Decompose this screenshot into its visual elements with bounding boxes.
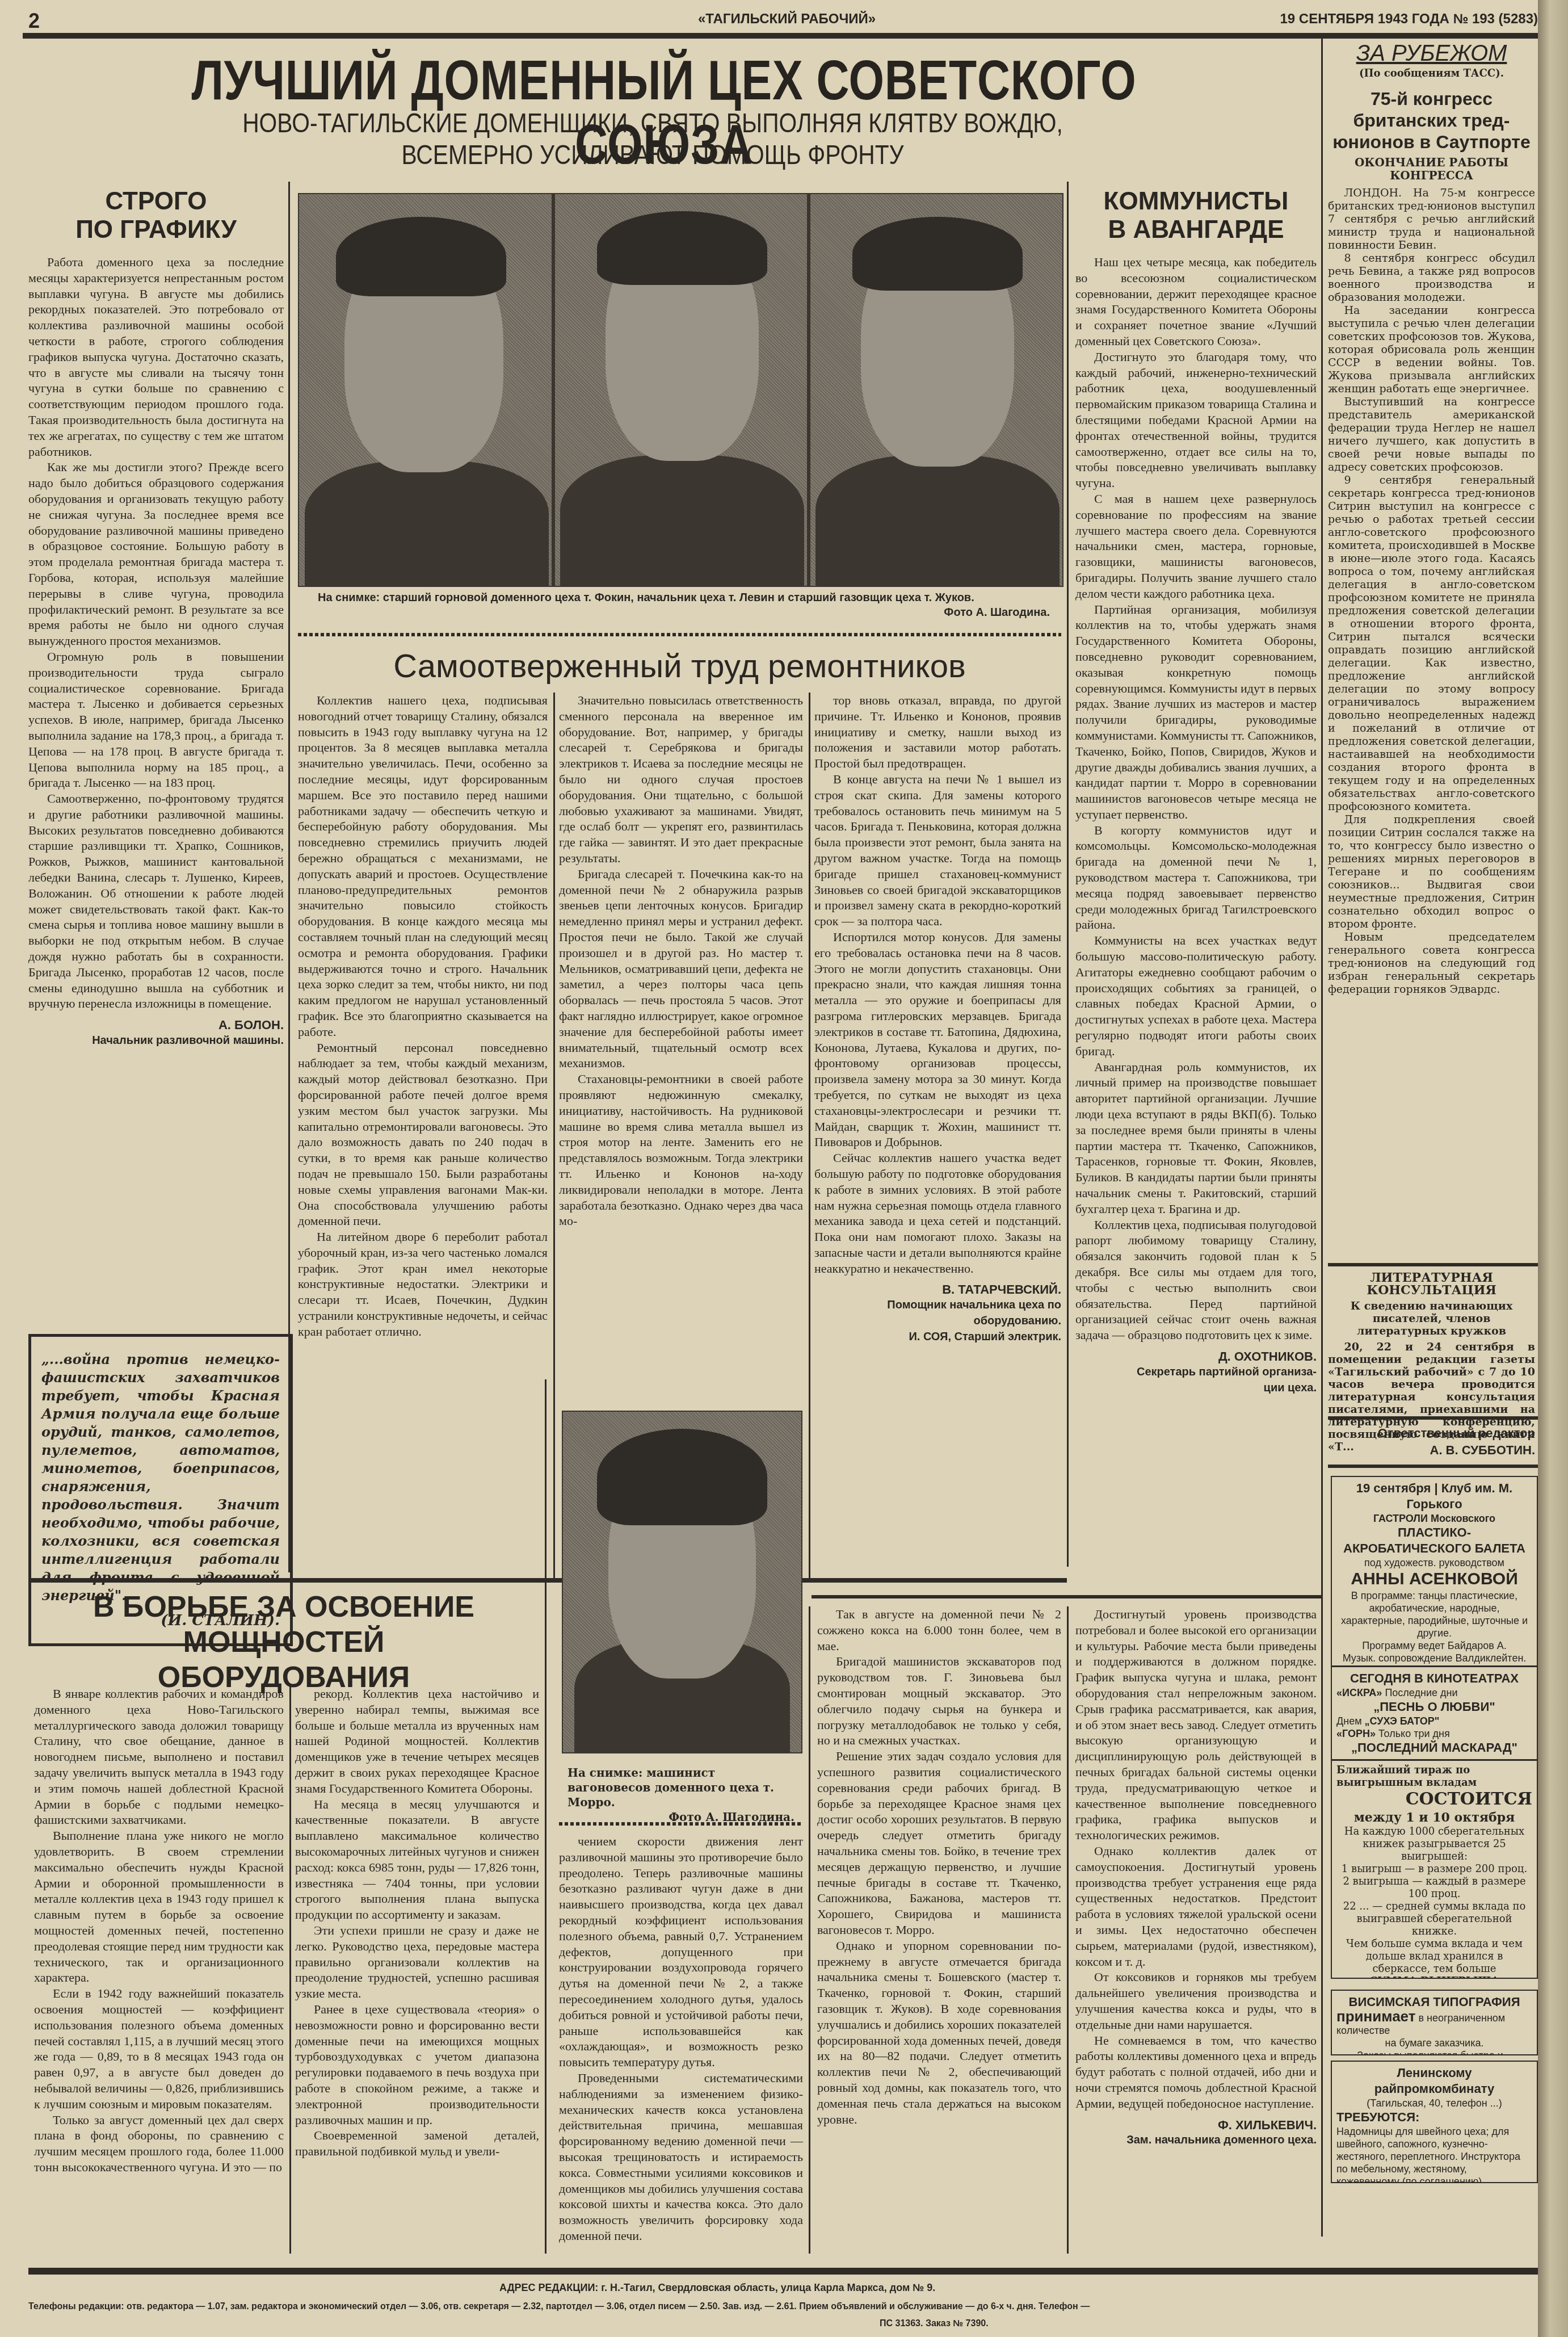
ad-date-venue: 19 сентября | Клуб им. М. Горького <box>1336 1480 1532 1512</box>
film-title: „ПОСЛЕДНИЙ МАСКАРАД" <box>1336 1740 1532 1756</box>
paragraph: Выступивший на конгрессе представитель а… <box>1328 396 1535 474</box>
photo-divider <box>807 194 810 586</box>
capacity-column-4: Так в августе на доменной печи № 2 сожже… <box>817 1606 1061 2127</box>
paragraph: Ремонтный персонал повседневно наблюдает… <box>298 1040 548 1230</box>
ad-address: (Тагильская, 40, телефон ...) <box>1336 2097 1532 2109</box>
paragraph: Коллектив нашего цеха, подписывая нового… <box>298 693 548 1040</box>
capacity-column-2: рекорд. Коллектив цеха настойчиво и увер… <box>295 1686 539 2159</box>
column-divider <box>1321 34 1323 2237</box>
portrait-jacket <box>560 455 804 587</box>
ad-printing-house: ВИСИМСКАЯ ТИПОГРАФИЯ принимает в неогран… <box>1331 1990 1538 2055</box>
page-fold-edge <box>1538 0 1568 2337</box>
column-divider <box>289 1686 291 2254</box>
footer-phones: Телефоны редакции: отв. редактора — 1.07… <box>28 2302 1334 2312</box>
paragraph: Огромную роль в повышении производительн… <box>28 649 284 791</box>
paragraph: Так в августе на доменной печи № 2 сожже… <box>817 1606 1061 1654</box>
paragraph: Наш цех четыре месяца, как победитель во… <box>1075 254 1317 349</box>
paragraph: С мая в нашем цехе развернулось соревнов… <box>1075 491 1317 602</box>
paragraph: Ранее в цехе существовала «теория» о нев… <box>295 2002 539 2128</box>
title-line: КОММУНИСТЫ <box>1075 187 1317 216</box>
capacity-column-5: Достигнутый уровень производства потребо… <box>1075 1606 1317 2149</box>
repairmen-column-1: Коллектив нашего цеха, подписывая нового… <box>298 693 548 1340</box>
caption-text: На снимке: старший горновой доменного це… <box>318 591 974 604</box>
ad-detail: 22 ... — средней суммы вклада по выиграв… <box>1336 1900 1532 1938</box>
ad-text: Надомницы для швейного цеха; для швейног… <box>1336 2125 1532 2183</box>
theatre-name: «ИСКРА» <box>1336 1687 1382 1698</box>
column-divider <box>809 1606 810 2254</box>
ad-savings-lottery: Ближайший тираж по выигрышным вкладам СО… <box>1331 1760 1538 1979</box>
ad-line: ПЛАСТИКО-АКРОБАТИЧЕСКОГО БАЛЕТА <box>1336 1525 1532 1556</box>
signature: В. ТАТАРЧЕВСКИЙ. <box>814 1282 1061 1298</box>
editor-block: Ответственный редактор А. В. СУББОТИН. <box>1328 1425 1535 1459</box>
ad-detail: СУММА ВЫИГРЫША <box>1336 1975 1532 1979</box>
paragraph: Авангардная роль коммунистов, их личный … <box>1075 1059 1317 1217</box>
literary-subtitle: К сведению начинающих писателей, членов … <box>1328 1300 1535 1337</box>
subheadline-line: НОВО-ТАГИЛЬСКИЕ ДОМЕНЩИКИ, СВЯТО ВЫПОЛНЯ… <box>228 108 1077 140</box>
paragraph: Партийная организация, мобилизуя коллект… <box>1075 602 1317 823</box>
portrait-jacket <box>305 461 549 587</box>
signature-role: ции цеха. <box>1075 1381 1317 1396</box>
ad-detail: На каждую 1000 сберегательных книжек раз… <box>1336 1826 1532 1863</box>
paragraph: чением скорости движения лент разливочно… <box>559 1833 803 2070</box>
portrait-jacket <box>815 455 1060 587</box>
portrait-hair <box>597 1429 767 1525</box>
column-divider <box>545 1379 547 2254</box>
article-title: КОММУНИСТЫ В АВАНГАРДЕ <box>1075 187 1317 244</box>
paragraph: Только за август доменный цех дал сверх … <box>34 2112 284 2175</box>
signature-role: Зам. начальника доменного цеха. <box>1075 2133 1317 2149</box>
portrait-photo-group <box>298 193 1063 587</box>
paragraph: Бригадой машинистов экскаваторов под рук… <box>817 1654 1061 1748</box>
ad-club-performance: 19 сентября | Клуб им. М. Горького ГАСТР… <box>1331 1476 1538 1667</box>
ad-detail: Программу ведет Байдаров А. <box>1336 1639 1532 1652</box>
abroad-subtitle: ОКОНЧАНИЕ РАБОТЫ КОНГРЕССА <box>1328 156 1535 182</box>
signature: А. БОЛОН. <box>28 1017 284 1033</box>
ad-title: Ленинскому райпромкомбинату <box>1336 2065 1532 2097</box>
ad-emphasis: СОСТОИТСЯ <box>1336 1789 1532 1810</box>
ad-performer: АННЫ АСЕНКОВОЙ <box>1336 1569 1532 1589</box>
ad-line: под художеств. руководством <box>1336 1556 1532 1569</box>
paragraph: Проведенными систематическими наблюдения… <box>559 2070 803 2244</box>
repairmen-column-2: Значительно повысилась ответственность с… <box>559 693 803 1229</box>
paragraph: Сейчас коллектив нашего участка ведет бо… <box>814 1150 1061 1276</box>
ad-line: на бумаге заказчика. <box>1336 2037 1532 2049</box>
page-number: 2 <box>28 9 40 33</box>
paragraph: Новым председателем генерального совета … <box>1328 931 1535 996</box>
subheadline-line: ВСЕМЕРНО УСИЛИВАЮТ ПОМОЩЬ ФРОНТУ <box>228 140 1077 171</box>
wavy-divider <box>559 1822 803 1826</box>
title-line: В АВАНГАРДЕ <box>1075 216 1317 244</box>
rubric-title: ЗА РУБЕЖОМ <box>1328 40 1535 67</box>
quote-text: „...война против немецко-фашистских захв… <box>41 1350 280 1605</box>
ad-job-openings: Ленинскому райпромкомбинату (Тагильская,… <box>1331 2061 1538 2183</box>
paragraph: Для подкрепления своей позиции Ситрин со… <box>1328 813 1535 931</box>
signature: И. СОЯ, Старший электрик. <box>814 1329 1061 1345</box>
article-abroad: ЗА РУБЕЖОМ (По сообщениям ТАСС). 75-й ко… <box>1328 40 1535 996</box>
theatre-name: «ГОРН» <box>1336 1728 1376 1739</box>
ad-title: СЕГОДНЯ В КИНОТЕАТРАХ <box>1336 1671 1532 1686</box>
ad-line: ГАСТРОЛИ Московского <box>1336 1512 1532 1525</box>
paragraph: 8 сентября конгресс обсудил речь Бевина,… <box>1328 252 1535 304</box>
article-communists: КОММУНИСТЫ В АВАНГАРДЕ Наш цех четыре ме… <box>1075 182 1317 1396</box>
repairmen-column-3: тор вновь отказал, вправда, по другой пр… <box>814 693 1061 1345</box>
paragraph: Работа доменного цеха за последние месяц… <box>28 254 284 459</box>
paragraph: Коллектив цеха, подписывая полугодовой р… <box>1075 1217 1317 1343</box>
abroad-headline: 75-й конгресс британских тред-юнионов в … <box>1328 88 1535 153</box>
footer-rule <box>28 2268 1538 2275</box>
paragraph: На литейном дворе 6 переболит работал уб… <box>298 1229 548 1340</box>
column-divider <box>553 693 555 1578</box>
ad-detail: Музык. сопровождение Валдиклейтен. <box>1336 1652 1532 1664</box>
rubric-source: (По сообщениям ТАСС). <box>1328 67 1535 80</box>
capacity-column-3: чением скорости движения лент разливочно… <box>559 1833 803 2244</box>
ad-detail: В программе: танцы пластические, акробат… <box>1336 1589 1532 1639</box>
ad-note: Последние дни <box>1385 1687 1457 1698</box>
portrait-hair <box>336 217 506 296</box>
paragraph: На заседании конгресса выступила с речью… <box>1328 304 1535 396</box>
paragraph: Самоотверженно, по-фронтовому трудятся и… <box>28 791 284 1012</box>
paragraph: На месяца в месяц улучшаются и качествен… <box>295 1797 539 1923</box>
ad-emphasis: принимает <box>1336 2008 1415 2025</box>
ad-note: Только три дня <box>1378 1728 1450 1739</box>
paragraph: Однако коллектив далек от самоуспокоения… <box>1075 1843 1317 1969</box>
signature-role: Начальник разливочной машины. <box>28 1033 284 1049</box>
editor-label: Ответственный редактор <box>1328 1425 1535 1442</box>
divider <box>1328 1465 1538 1468</box>
divider <box>1328 1416 1538 1420</box>
article-title: СТРОГО ПО ГРАФИКУ <box>28 187 284 244</box>
newspaper-page: 2 «ТАГИЛЬСКИЙ РАБОЧИЙ» 19 СЕНТЯБРЯ 1943 … <box>0 0 1538 2337</box>
paragraph: В конце августа на печи № 1 вышел из стр… <box>814 771 1061 929</box>
paragraph: Стахановцы-ремонтники в своей работе про… <box>559 1071 803 1229</box>
film-title: „СУХЭ БАТОР" <box>1365 1715 1440 1727</box>
signature: Д. ОХОТНИКОВ. <box>1075 1349 1317 1365</box>
photo-caption: На снимке: старший горновой доменного це… <box>318 590 1050 620</box>
editor-name: А. В. СУББОТИН. <box>1328 1442 1535 1459</box>
paragraph: Выполнение плана уже никого не могло удо… <box>34 1828 284 1986</box>
portrait-photo-morro <box>562 1411 802 1753</box>
column-divider <box>809 693 810 1578</box>
title-line: СТРОГО <box>28 187 284 216</box>
ad-note: Днем <box>1336 1715 1362 1727</box>
signature: Ф. ХИЛЬКЕВИЧ. <box>1075 2117 1317 2133</box>
paragraph: Достигнуто это благодаря тому, что кажды… <box>1075 349 1317 491</box>
capacity-column-1: В январе коллектив рабочих и командиров … <box>34 1686 284 2175</box>
paragraph: Бригада слесарей т. Почечкина как-то на … <box>559 866 803 1071</box>
ad-required: ТРЕБУЮТСЯ: <box>1336 2109 1532 2125</box>
ad-detail: 2 выигрыша — каждый в размере 100 проц. <box>1336 1876 1532 1900</box>
caption-text: На снимке: машинист вагоновесов доменног… <box>567 1766 774 1809</box>
section-divider <box>28 1578 1067 1583</box>
paragraph: В январе коллектив рабочих и командиров … <box>34 1686 284 1828</box>
photo-divider <box>552 194 555 586</box>
ad-detail: 1 выигрыш — в размере 200 проц. <box>1336 1863 1532 1876</box>
paragraph: От коксовиков и горняков мы требуем даль… <box>1075 1969 1317 2032</box>
masthead-rule <box>23 33 1538 39</box>
ad-date: 19 сентября <box>1356 1481 1431 1495</box>
column-divider <box>1067 182 1069 1567</box>
photo-caption: На снимке: машинист вагоновесов доменног… <box>567 1765 794 1824</box>
column-divider <box>1067 1606 1069 2254</box>
paragraph: Испортился мотор конусов. Для замены его… <box>814 929 1061 1150</box>
paragraph: ЛОНДОН. На 75-м конгрессе британских тре… <box>1328 187 1535 252</box>
paragraph: В когорту коммунистов идут и комсомольцы… <box>1075 823 1317 933</box>
paragraph: тор вновь отказал, вправда, по другой пр… <box>814 693 1061 771</box>
paragraph: Эти успехи пришли не сразу и даже не лег… <box>295 1923 539 2002</box>
paragraph: Своевременной заменой деталей, правильно… <box>295 2128 539 2159</box>
divider <box>812 1595 1322 1598</box>
divider <box>1328 1263 1538 1266</box>
portrait-hair <box>597 211 767 285</box>
title-line: В БОРЬБЕ ЗА ОСВОЕНИЕ МОЩНОСТЕЙ <box>28 1589 539 1660</box>
paragraph: Если в 1942 году важнейший показатель ос… <box>34 1986 284 2112</box>
paragraph: рекорд. Коллектив цеха настойчиво и увер… <box>295 1686 539 1797</box>
paragraph: Решение этих задач создало условия для у… <box>817 1748 1061 1938</box>
signature-role: оборудованию. <box>814 1314 1061 1329</box>
article-title-capacity: В БОРЬБЕ ЗА ОСВОЕНИЕ МОЩНОСТЕЙ ОБОРУДОВА… <box>28 1589 539 1695</box>
ad-line: Заказы выполняются быстро и... <box>1336 2049 1532 2055</box>
signature-role: Помощник начальника цеха по <box>814 1298 1061 1314</box>
subheadline: НОВО-ТАГИЛЬСКИЕ ДОМЕНЩИКИ, СВЯТО ВЫПОЛНЯ… <box>228 108 1077 171</box>
wavy-divider <box>298 633 1061 636</box>
signature-role: Секретарь партийной организа- <box>1075 1365 1317 1381</box>
footer-print-info: ПС 31363. Заказ № 7390. <box>880 2319 989 2329</box>
ad-cinema: СЕГОДНЯ В КИНОТЕАТРАХ «ИСКРА» Последние … <box>1331 1666 1538 1760</box>
film-title: „ПЕСНЬ О ЛЮБВИ" <box>1336 1699 1532 1715</box>
footer-address: АДРЕС РЕДАКЦИИ: г. Н.-Тагил, Свердловска… <box>499 2282 1538 2294</box>
ad-detail: Чем больше сумма вклада и чем дольше вкл… <box>1336 1938 1532 1975</box>
paragraph: Как же мы достигли этого? Прежде всего н… <box>28 459 284 649</box>
title-line: ПО ГРАФИКУ <box>28 216 284 244</box>
literary-title: ЛИТЕРАТУРНАЯ КОНСУЛЬТАЦИЯ <box>1328 1272 1535 1297</box>
paragraph: Не сомневаемся в том, что качество работ… <box>1075 2033 1317 2112</box>
paragraph: Значительно повысилась ответственность с… <box>559 693 803 866</box>
article-title-repairmen: Самоотверженный труд ремонтников <box>298 647 1061 685</box>
paragraph: Однако и упорном соревновании по-прежнем… <box>817 1938 1061 2128</box>
issue-date: 19 СЕНТЯБРЯ 1943 ГОДА № 193 (5283) <box>1280 11 1538 27</box>
paper-name: «ТАГИЛЬСКИЙ РАБОЧИЙ» <box>698 11 876 27</box>
portrait-hair <box>852 217 1023 291</box>
paragraph: Коммунисты на всех участках ведут большу… <box>1075 933 1317 1059</box>
photo-credit: Фото А. Шагодина. <box>318 605 1050 620</box>
ad-line: Ближайший тираж по выигрышным вкладам <box>1336 1764 1532 1789</box>
article-strictly-by-schedule: СТРОГО ПО ГРАФИКУ Работа доменного цеха … <box>28 182 284 1049</box>
ad-dates: между 1 и 10 октября <box>1336 1810 1532 1826</box>
paragraph: Достигнутый уровень производства потребо… <box>1075 1606 1317 1843</box>
paragraph: 9 сентября генеральный секретарь конгрес… <box>1328 474 1535 813</box>
